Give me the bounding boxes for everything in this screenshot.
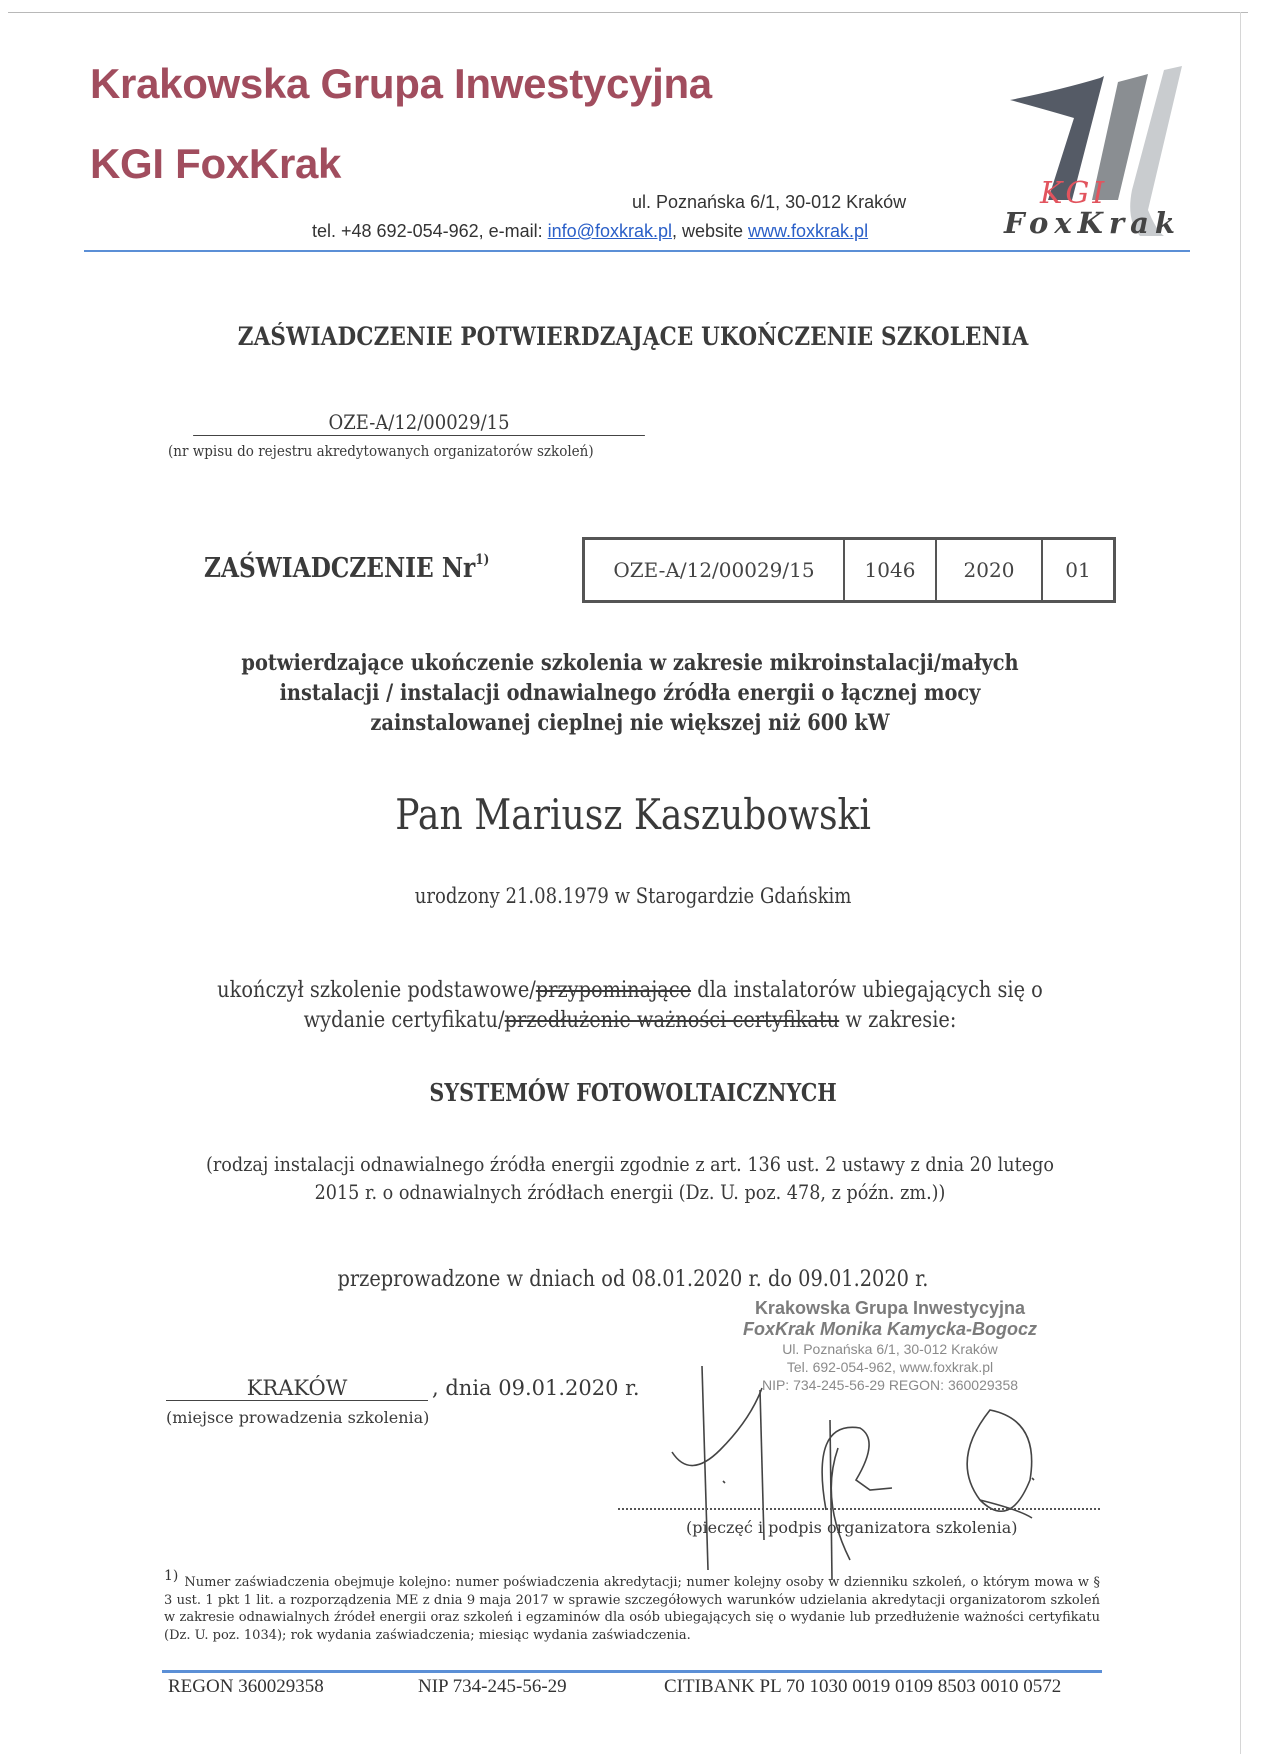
legal-basis: (rodzaj instalacji odnawialnego źródła e… — [190, 1150, 1070, 1206]
signature-caption: (pieczęć i podpis organizatora szkolenia… — [686, 1518, 1018, 1537]
email-link[interactable]: info@foxkrak.pl — [548, 221, 672, 241]
recipient-name: Pan Mariusz Kaszubowski — [90, 790, 1177, 839]
footnote-mark: 1) — [164, 1568, 178, 1584]
document-title: ZAŚWIADCZENIE POTWIERDZAJĄCE UKOŃCZENIE … — [90, 322, 1177, 351]
stamp-line-1: Krakowska Grupa Inwestycyjna — [680, 1298, 1100, 1319]
certificate-number-table: OZE-A/12/00029/15 1046 2020 01 — [582, 537, 1116, 603]
struck-option-renewal: przedłużenie ważności certyfikatu — [505, 1008, 840, 1033]
signature-line — [618, 1508, 1100, 1510]
website-link[interactable]: www.foxkrak.pl — [748, 221, 868, 241]
company-contact: tel. +48 692-054-962, e-mail: info@foxkr… — [312, 221, 868, 242]
certificate-number-label: ZAŚWIADCZENIE Nr1) — [204, 552, 489, 584]
logo-foxkrak-text: FoxKrak — [1004, 206, 1181, 240]
recipient-birth-info: urodzony 21.08.1979 w Starogardzie Gdańs… — [90, 884, 1177, 908]
place-caption: (miejsce prowadzenia szkolenia) — [166, 1408, 429, 1427]
page-right-edge — [1240, 12, 1241, 1754]
struck-option-refresher: przypominające — [536, 978, 691, 1003]
certificate-number-registry: OZE-A/12/00029/15 — [585, 540, 845, 600]
company-name: Krakowska Grupa Inwestycyjna — [90, 60, 712, 108]
footer-nip: NIP 734-245-56-29 — [418, 1676, 567, 1698]
certificate-label-text: ZAŚWIADCZENIE Nr — [204, 553, 475, 584]
footnote: 1)Numer zaświadczenia obejmuje kolejno: … — [164, 1568, 1100, 1644]
handwritten-signature-icon — [660, 1360, 1080, 1580]
company-address: ul. Poznańska 6/1, 30-012 Kraków — [632, 192, 906, 213]
contact-prefix: tel. +48 692-054-962, e-mail: — [312, 221, 548, 241]
footer-regon: REGON 360029358 — [168, 1676, 324, 1698]
completion-text-1: ukończył szkolenie podstawowe/ — [217, 978, 536, 1003]
company-brand: KGI FoxKrak — [90, 140, 341, 188]
certificate-number-sequence: 1046 — [845, 540, 937, 600]
stamp-line-2: FoxKrak Monika Kamycka-Bogocz — [680, 1319, 1100, 1340]
registry-caption: (nr wpisu do rejestru akredytowanych org… — [168, 442, 594, 460]
certificate-description: potwierdzające ukończenie szkolenia w za… — [199, 648, 1061, 738]
training-place: KRAKÓW — [166, 1376, 428, 1401]
header-divider — [84, 250, 1190, 252]
registry-number: OZE-A/12/00029/15 — [193, 410, 645, 436]
website-prefix: , website — [672, 221, 748, 241]
training-scope: SYSTEMÓW FOTOWOLTAICZNYCH — [90, 1078, 1177, 1107]
certificate-number-month: 01 — [1043, 540, 1113, 600]
footer-bank-account: CITIBANK PL 70 1030 0019 0109 8503 0010 … — [664, 1676, 1061, 1698]
footnote-ref: 1) — [475, 552, 489, 568]
stamp-line-3: Ul. Poznańska 6/1, 30-012 Kraków — [680, 1340, 1100, 1358]
issue-date: , dnia 09.01.2020 r. — [432, 1376, 640, 1400]
footer-divider — [162, 1670, 1102, 1673]
certificate-number-year: 2020 — [937, 540, 1043, 600]
completion-statement: ukończył szkolenie podstawowe/przypomina… — [199, 976, 1061, 1036]
completion-text-3: w zakresie: — [839, 1008, 956, 1033]
footnote-text: Numer zaświadczenia obejmuje kolejno: nu… — [164, 1575, 1100, 1643]
page-top-edge — [8, 12, 1248, 13]
training-dates: przeprowadzone w dniach od 08.01.2020 r.… — [77, 1267, 1189, 1292]
